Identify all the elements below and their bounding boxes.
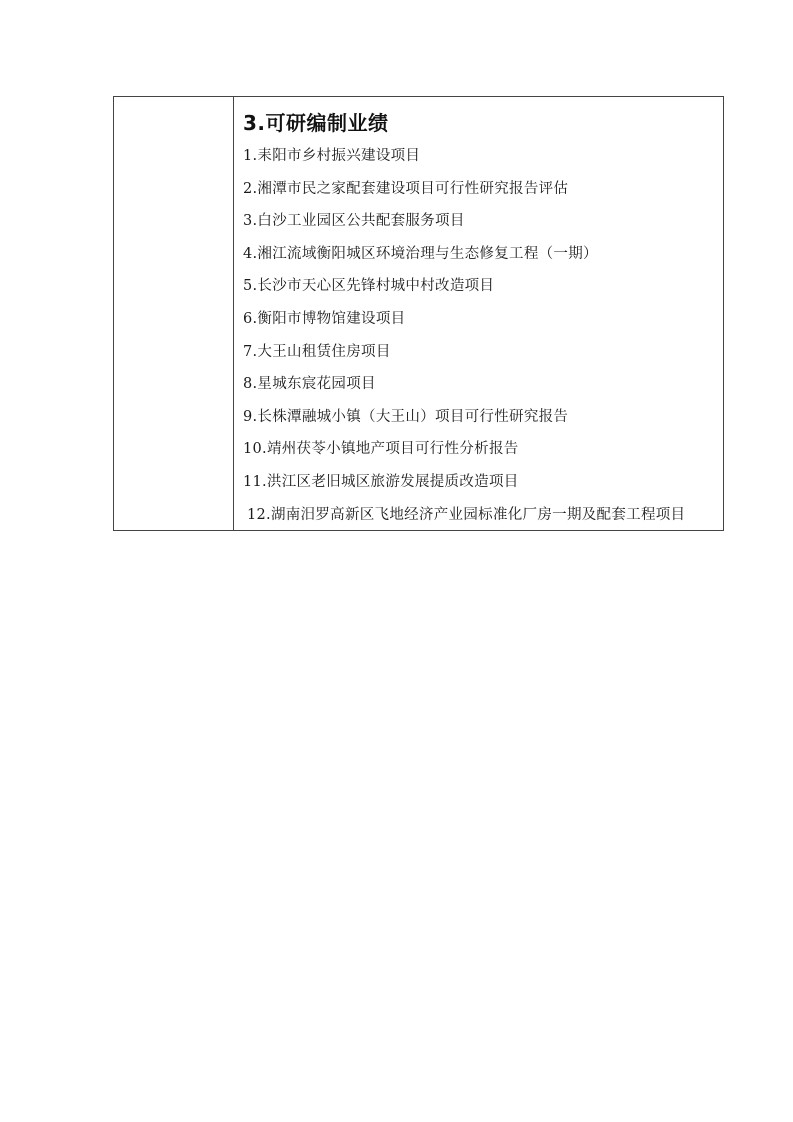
list-item: 11.洪江区老旧城区旅游发展提质改造项目 (243, 471, 723, 504)
list-item: 10.靖州茯苓小镇地产项目可行性分析报告 (243, 438, 723, 471)
list-item: 2.湘潭市民之家配套建设项目可行性研究报告评估 (243, 178, 723, 211)
list-item: 9.长株潭融城小镇（大王山）项目可行性研究报告 (243, 406, 723, 439)
list-item: 12.湖南汨罗高新区飞地经济产业园标准化厂房一期及配套工程项目 (243, 504, 723, 537)
list-item: 4.湘江流域衡阳城区环境治理与生态修复工程（一期） (243, 243, 723, 276)
list-item: 7.大王山租赁住房项目 (243, 341, 723, 374)
list-item: 1.耒阳市乡村振兴建设项目 (243, 145, 723, 178)
list-item: 6.衡阳市博物馆建设项目 (243, 308, 723, 341)
table-right-cell: 3.可研编制业绩 1.耒阳市乡村振兴建设项目 2.湘潭市民之家配套建设项目可行性… (234, 97, 723, 530)
achievements-table: 3.可研编制业绩 1.耒阳市乡村振兴建设项目 2.湘潭市民之家配套建设项目可行性… (113, 96, 724, 531)
list-item: 5.长沙市天心区先锋村城中村改造项目 (243, 275, 723, 308)
project-list: 1.耒阳市乡村振兴建设项目 2.湘潭市民之家配套建设项目可行性研究报告评估 3.… (243, 145, 723, 536)
list-item: 8.星城东宸花园项目 (243, 373, 723, 406)
section-title: 3.可研编制业绩 (243, 107, 389, 136)
table-left-cell-empty (114, 97, 234, 530)
list-item: 3.白沙工业园区公共配套服务项目 (243, 210, 723, 243)
